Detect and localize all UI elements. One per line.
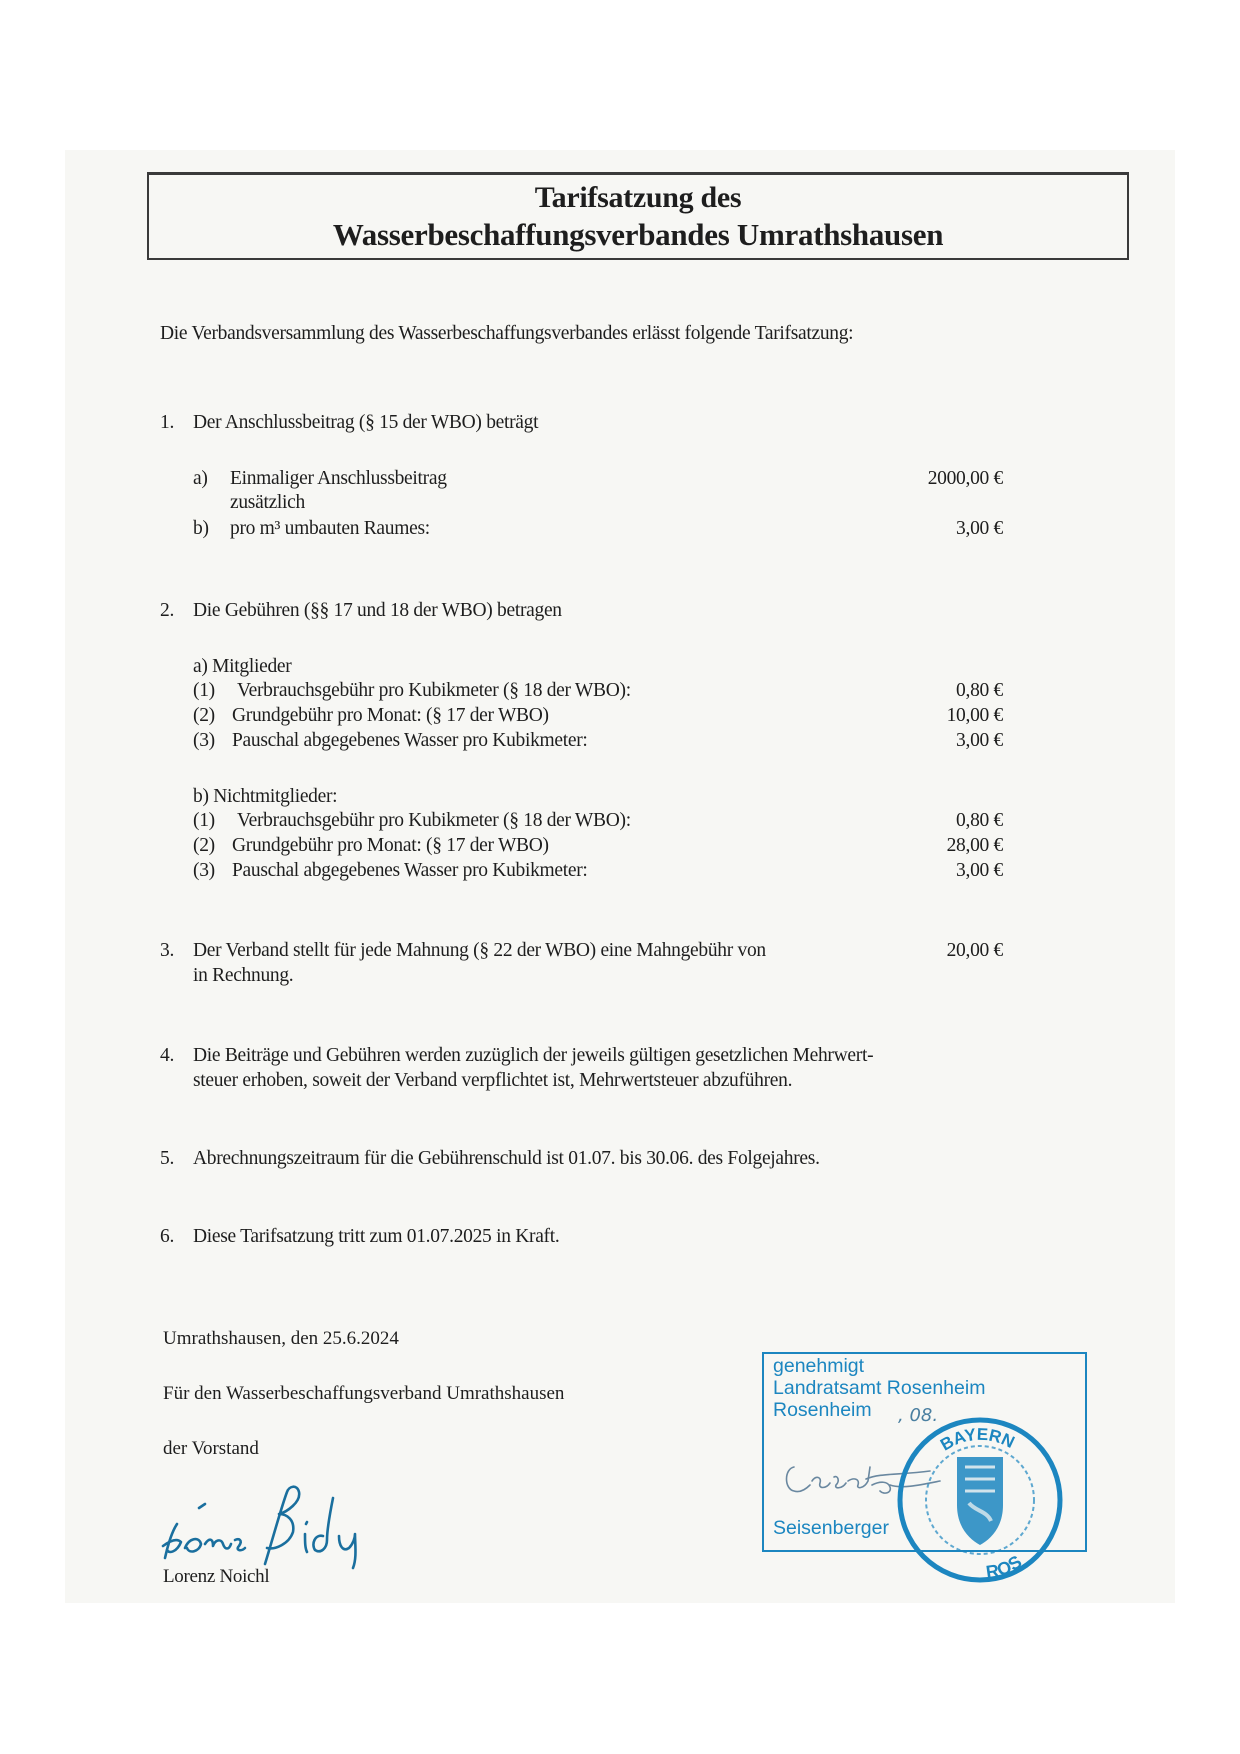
title-line-1: Tarifsatzung des xyxy=(149,181,1127,215)
nonmembers-item-2-marker: (2) xyxy=(193,835,215,857)
title-box: Tarifsatzung des Wasserbeschaffungsverba… xyxy=(147,172,1129,260)
section6-text: Diese Tarifsatzung tritt zum 01.07.2025 … xyxy=(193,1226,559,1248)
stamp-line-authority: Landratsamt Rosenheim xyxy=(773,1377,985,1400)
members-item-3-label: Pauschal abgegebenes Wasser pro Kubikmet… xyxy=(232,730,588,752)
section4-line-2: steuer erhoben, soweit der Verband verpf… xyxy=(193,1070,792,1092)
stamp-line-approved: genehmigt xyxy=(773,1355,864,1378)
svg-text:BAYERN: BAYERN xyxy=(937,1425,1017,1455)
nonmembers-item-2-label: Grundgebühr pro Monat: (§ 17 der WBO) xyxy=(232,835,549,857)
section5-number: 5. xyxy=(160,1148,174,1170)
intro-text: Die Verbandsversammlung des Wasserbescha… xyxy=(160,323,853,345)
section6-number: 6. xyxy=(160,1226,174,1248)
members-item-2-label: Grundgebühr pro Monat: (§ 17 der WBO) xyxy=(232,705,549,727)
section4-line-1: Die Beiträge und Gebühren werden zuzügli… xyxy=(193,1045,873,1067)
section1-item-a-label: Einmaliger Anschlussbeitrag xyxy=(230,468,447,490)
members-item-3-marker: (3) xyxy=(193,730,215,752)
nonmembers-item-1-label: Verbrauchsgebühr pro Kubikmeter (§ 18 de… xyxy=(237,810,631,832)
stamp-official-name: Seisenberger xyxy=(773,1517,889,1540)
nonmembers-item-3-amount: 3,00 € xyxy=(843,860,1003,882)
seal-bottom-text: ROS xyxy=(985,1551,1026,1582)
members-item-1-marker: (1) xyxy=(193,680,215,702)
section3-amount: 20,00 € xyxy=(843,940,1003,962)
section1-heading: Der Anschlussbeitrag (§ 15 der WBO) betr… xyxy=(193,412,538,434)
members-item-2-marker: (2) xyxy=(193,705,215,727)
on-behalf-line: Für den Wasserbeschaffungsverband Umrath… xyxy=(163,1383,564,1405)
members-item-2-amount: 10,00 € xyxy=(843,705,1003,727)
official-seal-icon: BAYERN ROS xyxy=(895,1415,1065,1585)
nonmembers-item-2-amount: 28,00 € xyxy=(843,835,1003,857)
section3-number: 3. xyxy=(160,940,174,962)
members-item-1-amount: 0,80 € xyxy=(843,680,1003,702)
section3-line-2: in Rechnung. xyxy=(193,965,293,987)
section1-item-b-marker: b) xyxy=(193,518,209,540)
signatory-name: Lorenz Noichl xyxy=(163,1566,269,1588)
svg-text:ROS: ROS xyxy=(985,1551,1026,1582)
seal-top-text: BAYERN xyxy=(937,1425,1017,1455)
section1-item-b-amount: 3,00 € xyxy=(843,518,1003,540)
section1-item-a-amount: 2000,00 € xyxy=(843,468,1003,490)
signature-noichl xyxy=(155,1478,385,1568)
nonmembers-item-3-label: Pauschal abgegebenes Wasser pro Kubikmet… xyxy=(232,860,588,882)
role-line: der Vorstand xyxy=(163,1438,259,1460)
title-line-2: Wasserbeschaffungsverbandes Umrathshause… xyxy=(149,217,1127,253)
group-members-title: a) Mitglieder xyxy=(193,656,291,678)
place-date: Umrathshausen, den 25.6.2024 xyxy=(163,1328,399,1350)
section1-item-b-label: pro m³ umbauten Raumes: xyxy=(230,518,430,540)
section2-heading: Die Gebühren (§§ 17 und 18 der WBO) betr… xyxy=(193,600,562,622)
members-item-1-label: Verbrauchsgebühr pro Kubikmeter (§ 18 de… xyxy=(237,680,631,702)
nonmembers-item-3-marker: (3) xyxy=(193,860,215,882)
section4-number: 4. xyxy=(160,1045,174,1067)
nonmembers-item-1-amount: 0,80 € xyxy=(843,810,1003,832)
section5-text: Abrechnungszeitraum für die Gebührenschu… xyxy=(193,1148,820,1170)
section1-number: 1. xyxy=(160,412,174,434)
nonmembers-item-1-marker: (1) xyxy=(193,810,215,832)
group-nonmembers-title: b) Nichtmitglieder: xyxy=(193,786,337,808)
section2-number: 2. xyxy=(160,600,174,622)
section1-item-a-marker: a) xyxy=(193,468,208,490)
stamp-line-city: Rosenheim xyxy=(773,1399,872,1422)
members-item-3-amount: 3,00 € xyxy=(843,730,1003,752)
section3-line-1: Der Verband stellt für jede Mahnung (§ 2… xyxy=(193,940,766,962)
section1-item-note: zusätzlich xyxy=(230,492,305,514)
